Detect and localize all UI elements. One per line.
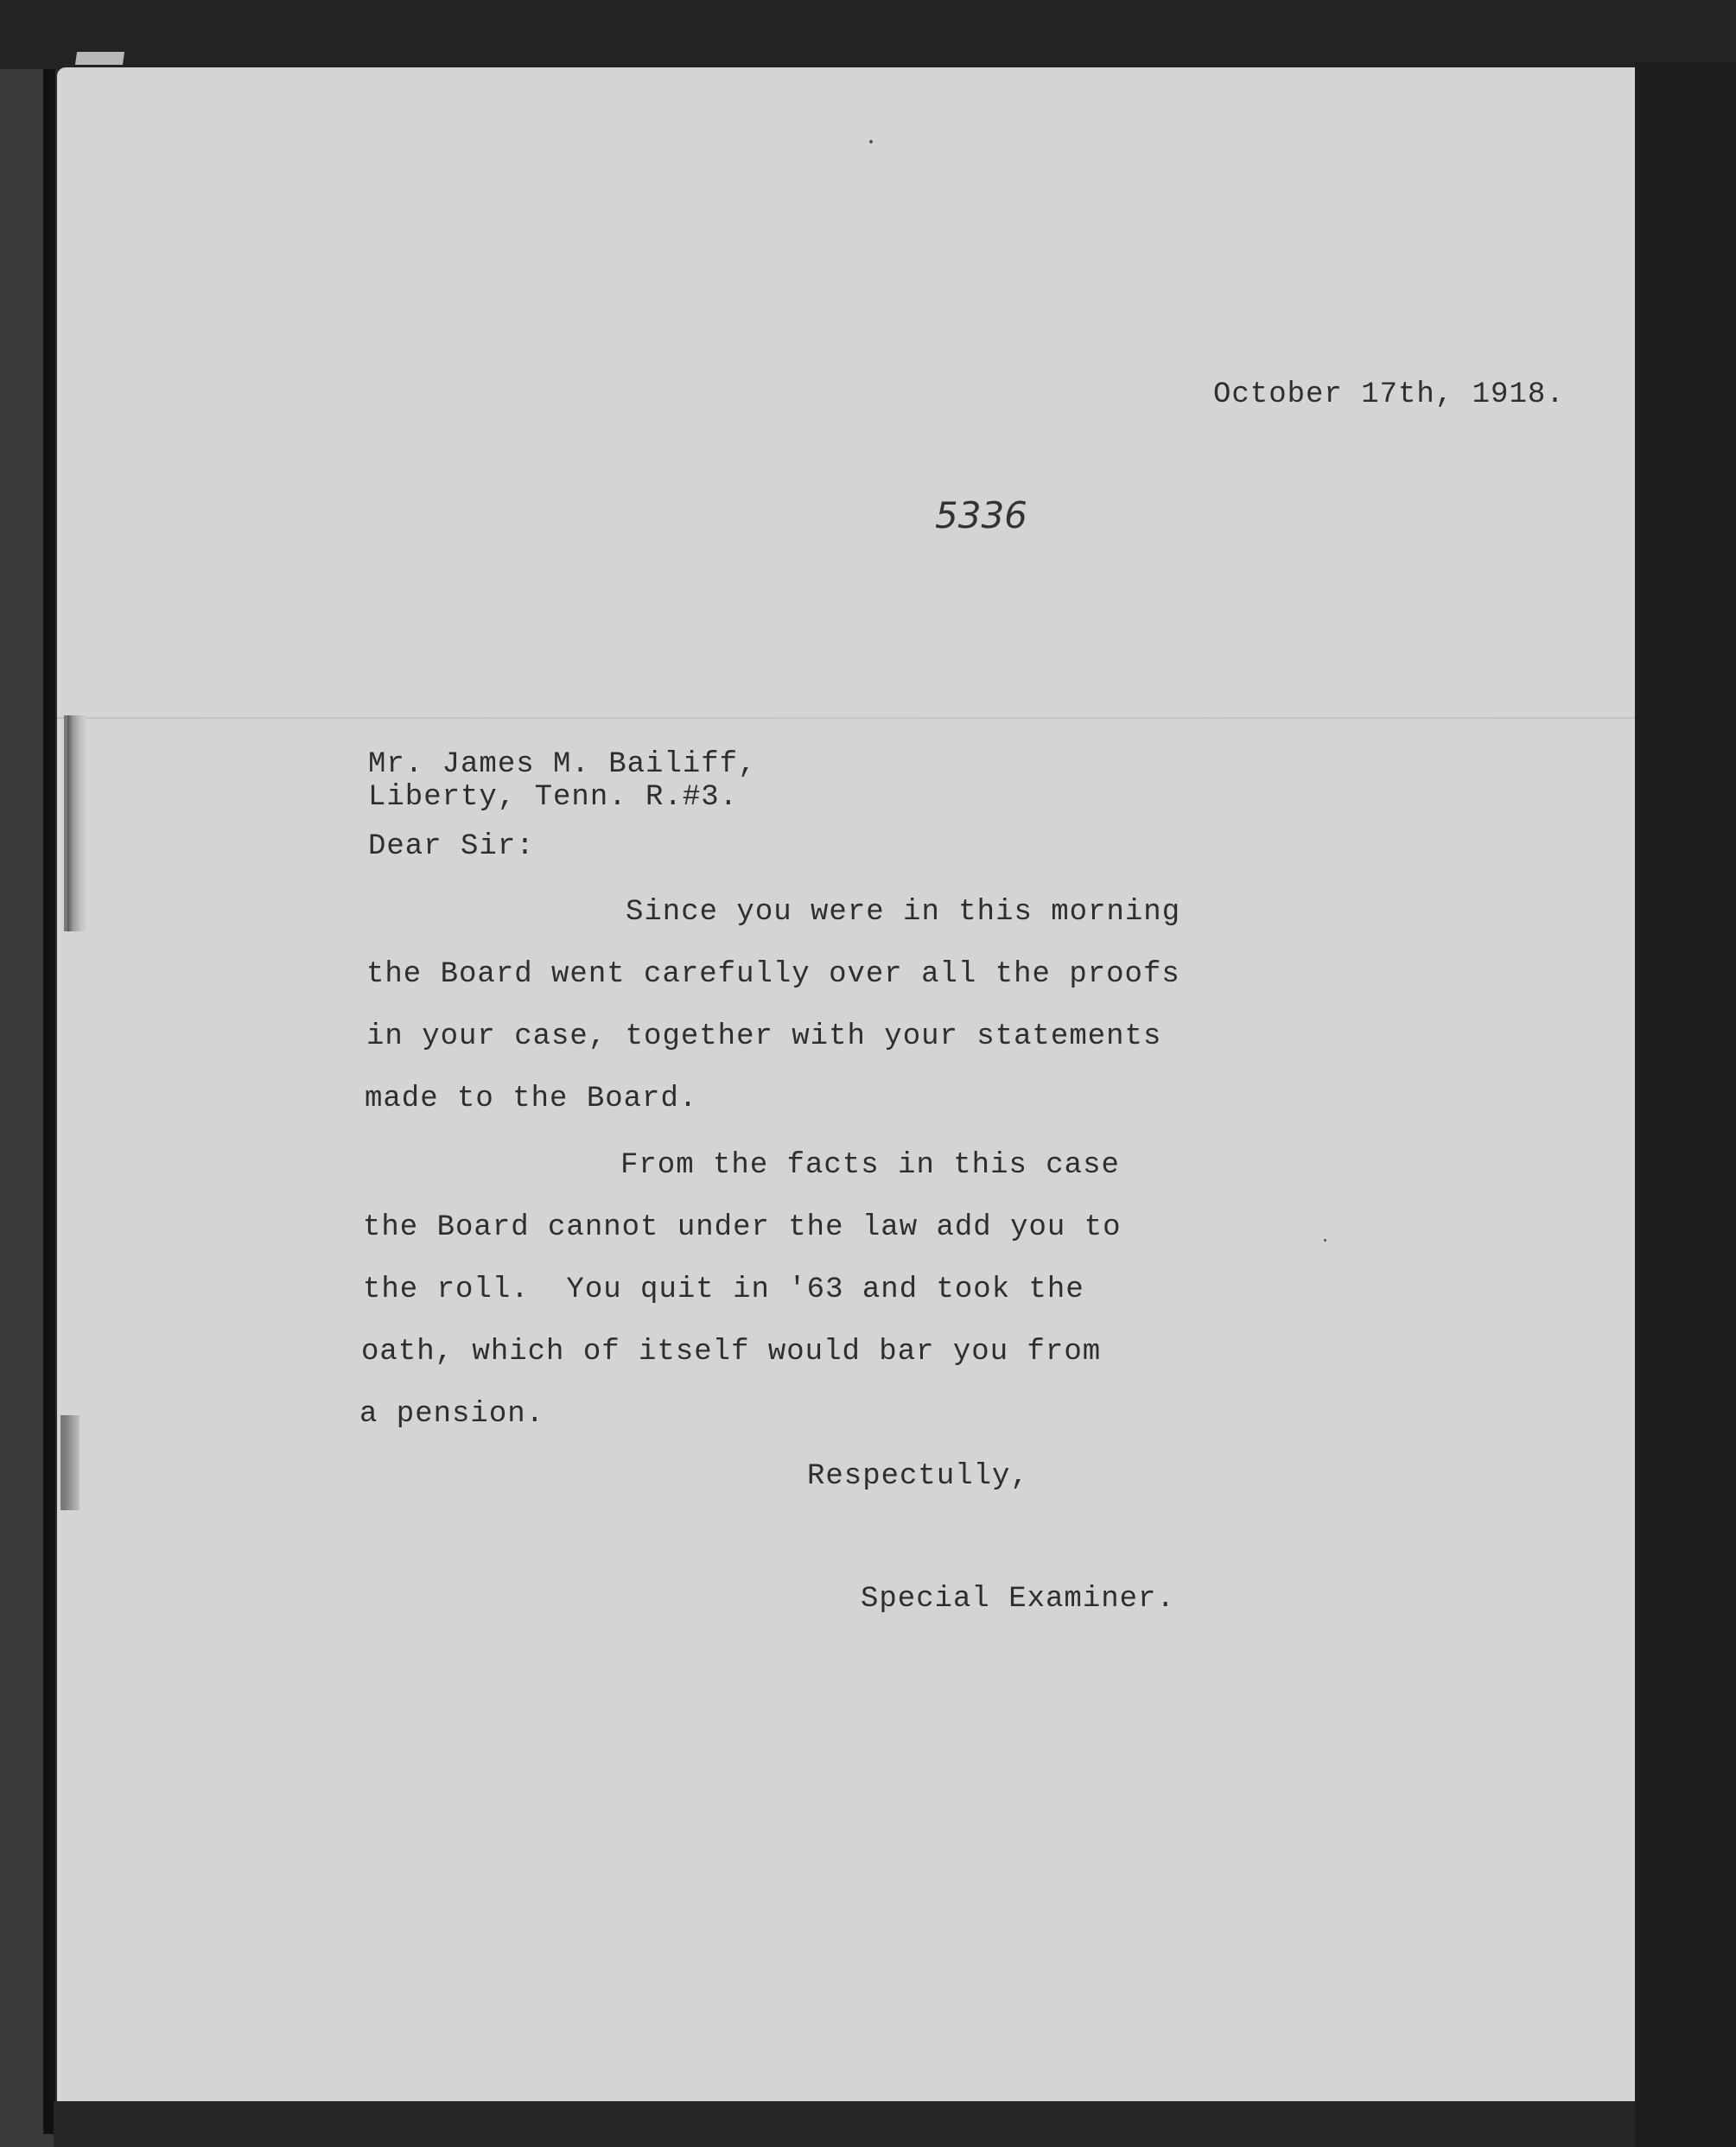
recipient-address: Liberty, Tenn. R.#3. [368,783,738,812]
body-line: the roll. You quit in '63 and took the [363,1275,1084,1305]
ink-speck [1324,1239,1326,1242]
binding-tape [64,715,86,931]
binding-tape [60,1415,79,1510]
salutation: Dear Sir: [368,832,535,861]
ink-speck [869,140,873,143]
recipient-name: Mr. James M. Bailiff, [368,750,756,779]
file-number: 5336 [935,498,1027,534]
body-line: made to the Board. [365,1084,697,1114]
fold-crease [57,717,1635,719]
body-line: Since you were in this morning [626,898,1180,927]
body-line: From the facts in this case [620,1151,1120,1180]
scan-backdrop-top [0,0,1736,69]
letter-date: October 17th, 1918. [1213,380,1565,410]
body-line: a pension. [359,1400,544,1429]
signature-title: Special Examiner. [861,1585,1175,1614]
body-line: in your case, together with your stateme… [366,1022,1161,1051]
closing: Respectully, [807,1462,1029,1491]
body-line: the Board cannot under the law add you t… [363,1213,1122,1242]
scan-backdrop-bottom [54,2101,1635,2147]
scan-backdrop-right [1635,62,1736,2147]
body-line: oath, which of itself would bar you from [361,1337,1101,1367]
body-line: the Board went carefully over all the pr… [366,960,1180,989]
binding-edge [43,69,55,2134]
paper-scrap [75,52,124,65]
letter-page: October 17th, 1918. 5336 Mr. James M. Ba… [57,67,1635,2101]
